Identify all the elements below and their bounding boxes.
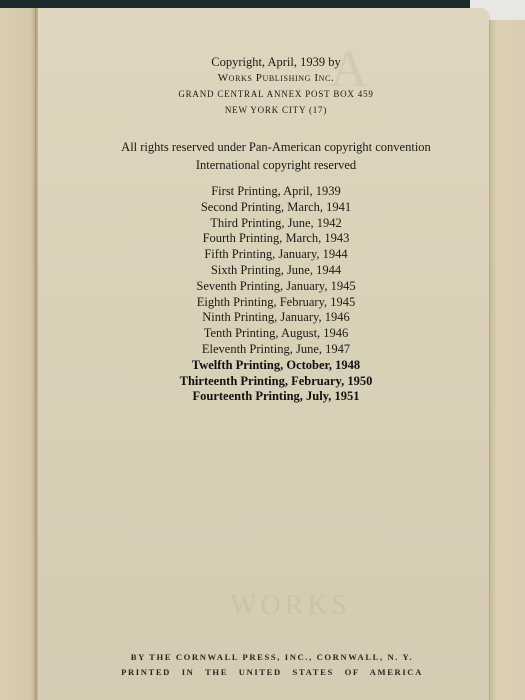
book-cover-edge — [0, 0, 470, 8]
printing-entry: Fourth Printing, March, 1943 — [62, 231, 490, 247]
printing-history: First Printing, April, 1939 Second Print… — [38, 184, 490, 405]
printing-entry: Twelfth Printing, October, 1948 — [62, 358, 490, 374]
printing-entry: First Printing, April, 1939 — [62, 184, 490, 200]
printing-entry: Ninth Printing, January, 1946 — [62, 310, 490, 326]
printing-entry: Fifth Printing, January, 1944 — [62, 247, 490, 263]
printing-entry: Sixth Printing, June, 1944 — [62, 263, 490, 279]
printer-imprint: By The Cornwall Press, Inc., Cornwall, N… — [38, 650, 490, 680]
publisher-address: Grand Central Annex Post Box 459 — [62, 86, 490, 102]
left-page-edge — [0, 8, 36, 700]
printing-entry: Eleventh Printing, June, 1947 — [62, 342, 490, 358]
printing-entry: Thirteenth Printing, February, 1950 — [62, 374, 490, 390]
copyright-notice: Copyright, April, 1939 by Works Publishi… — [38, 54, 490, 118]
right-page-edge — [490, 20, 525, 700]
printing-entry: Third Printing, June, 1942 — [62, 216, 490, 232]
printing-entry: Tenth Printing, August, 1946 — [62, 326, 490, 342]
publisher-city: New York City (17) — [62, 102, 490, 118]
publisher-name: Works Publishing Inc. — [62, 70, 490, 86]
printer-line-2: Printed in the United States of America — [54, 665, 490, 680]
printing-entry: Seventh Printing, January, 1945 — [62, 279, 490, 295]
printing-entry: Eighth Printing, February, 1945 — [62, 295, 490, 311]
printer-line-1: By The Cornwall Press, Inc., Cornwall, N… — [54, 650, 490, 665]
copyright-line: Copyright, April, 1939 by — [62, 54, 490, 70]
printing-entry: Fourteenth Printing, July, 1951 — [62, 389, 490, 405]
book-photo: A WORKS Copyright, April, 1939 by Works … — [0, 0, 525, 700]
rights-notice: All rights reserved under Pan-American c… — [38, 138, 490, 174]
rights-line-2: International copyright reserved — [62, 156, 490, 174]
printing-entry: Second Printing, March, 1941 — [62, 200, 490, 216]
rights-line-1: All rights reserved under Pan-American c… — [62, 138, 490, 156]
